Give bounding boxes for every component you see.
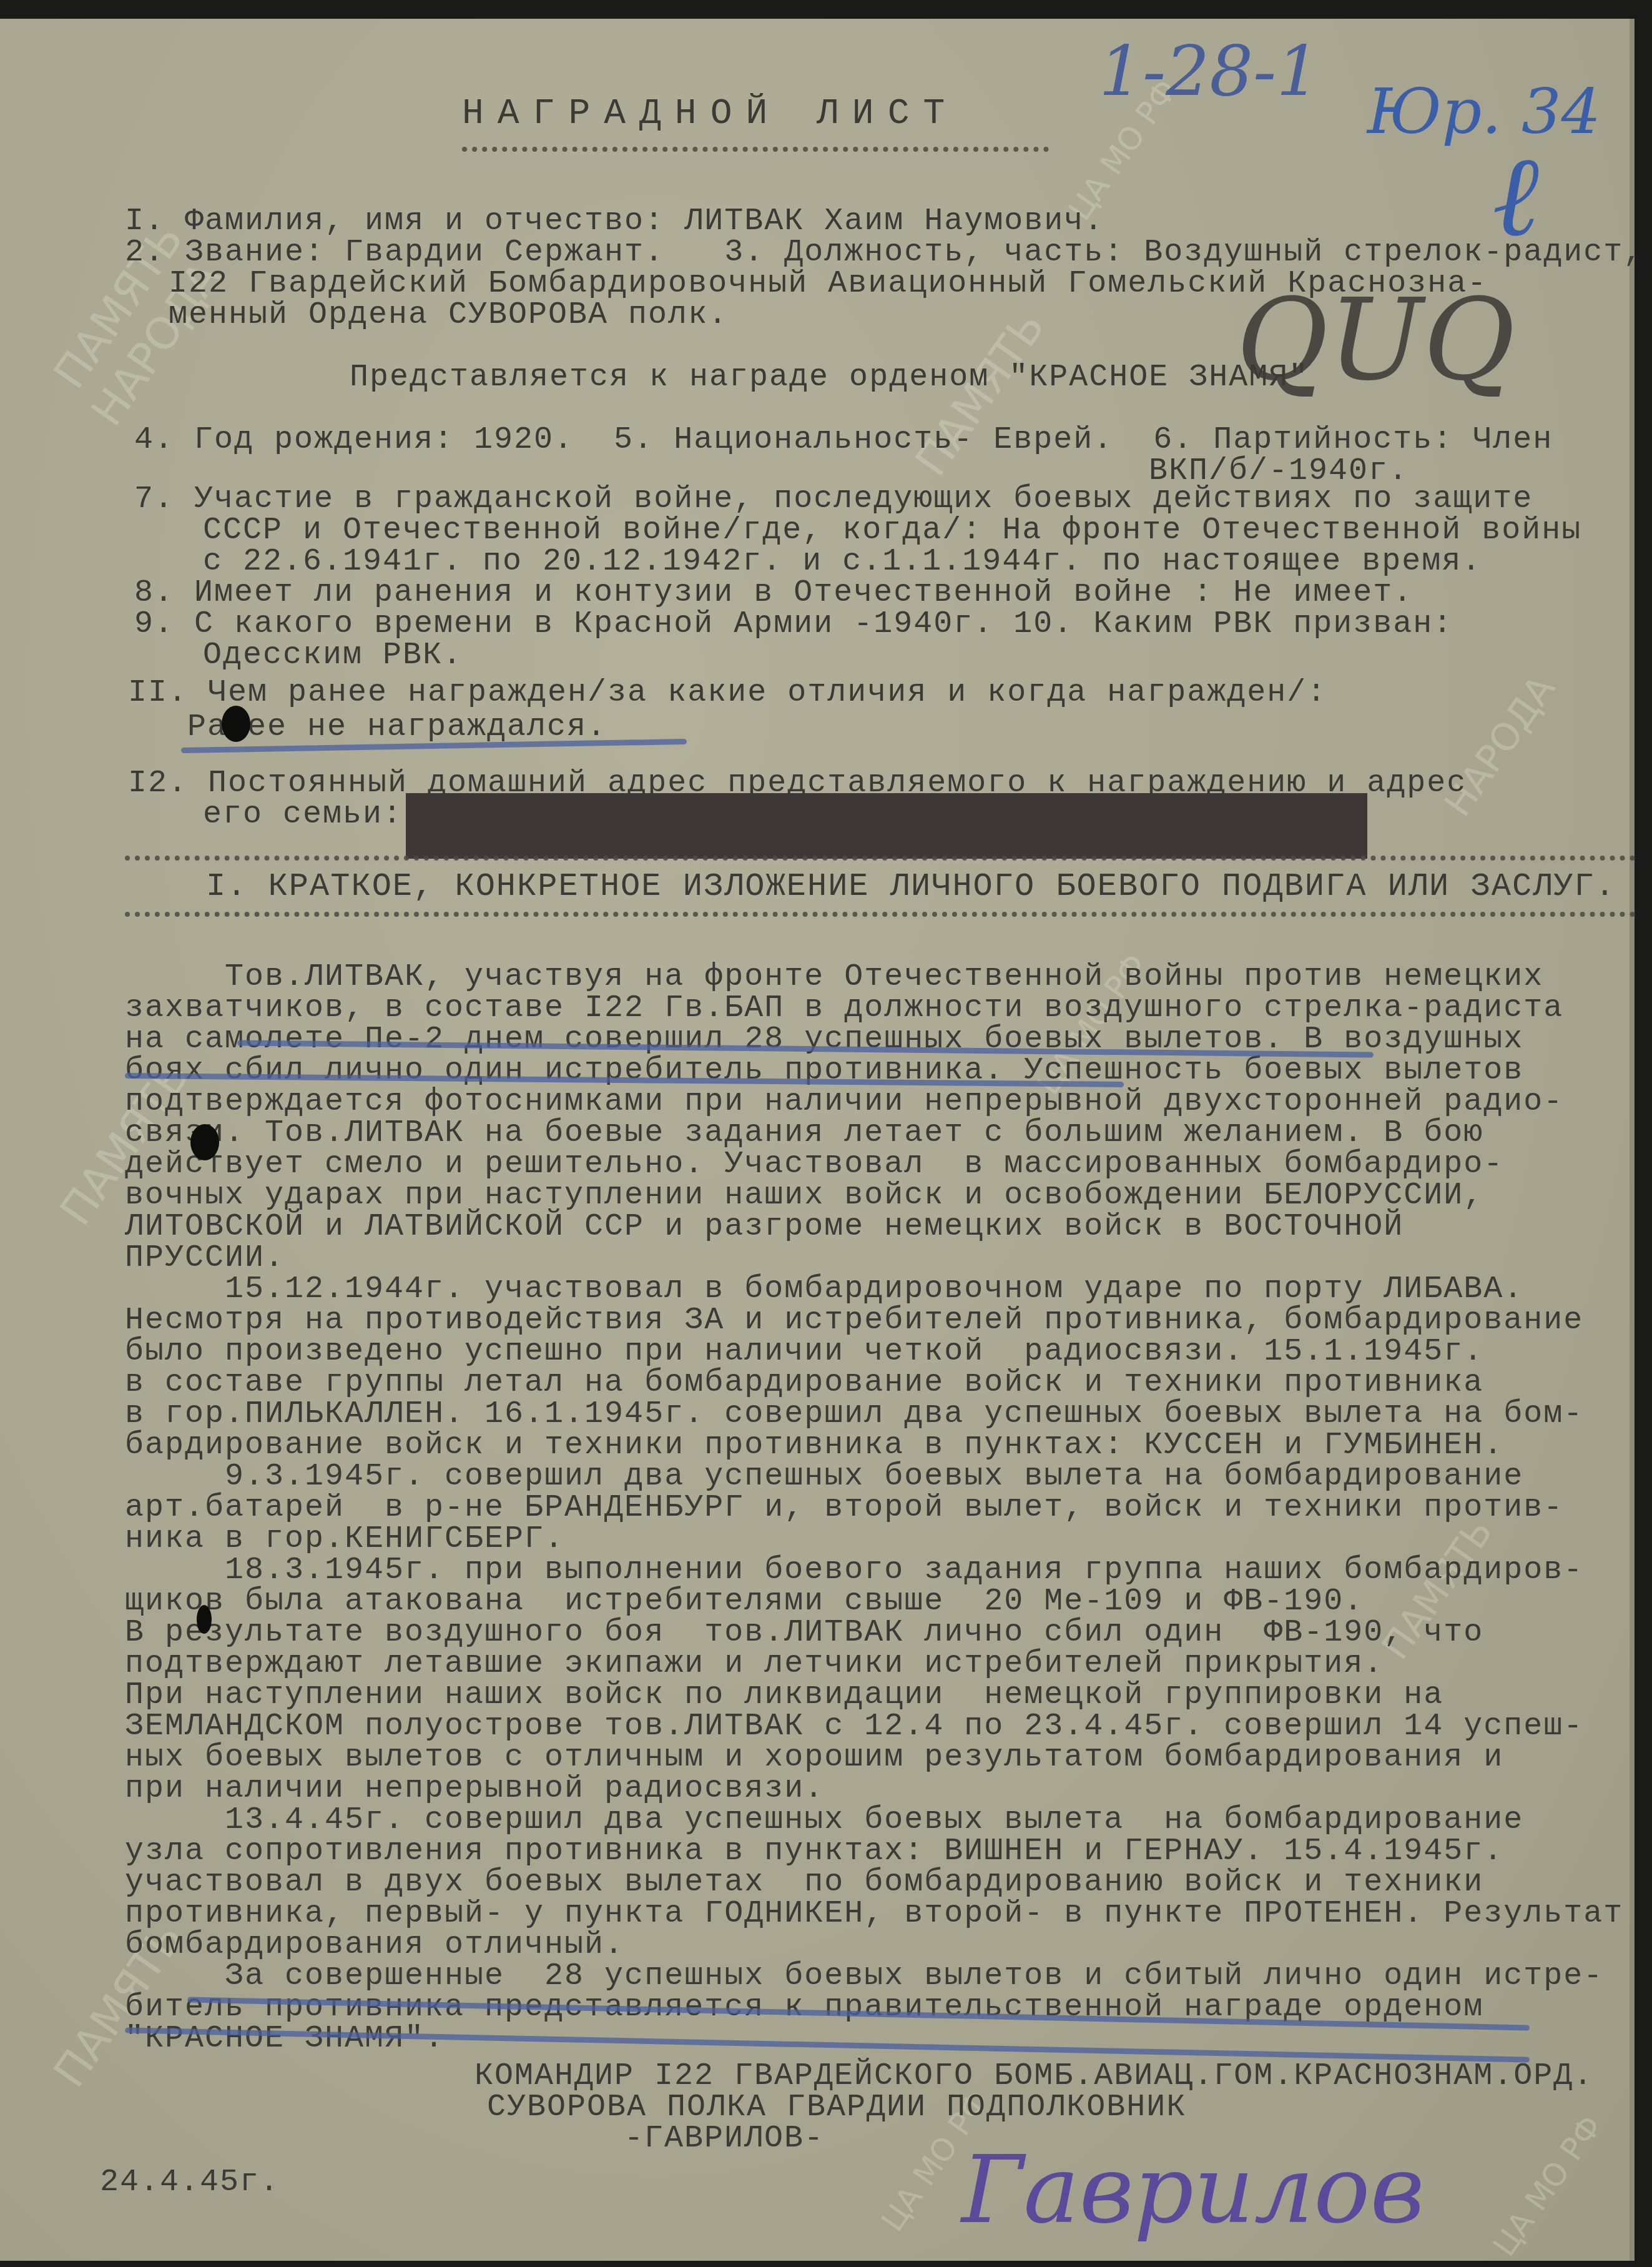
field-war-participation: 7. Участие в гражданской войне, последую… <box>134 484 1533 515</box>
narrative-line: щиков была атакована истребителями свыше… <box>125 1586 1623 1618</box>
narrative-line: в составе группы летал на бомбардировани… <box>125 1368 1623 1399</box>
top-right-annotation: Юр. 34 <box>1367 75 1601 148</box>
field-full-name: I. Фамилия, имя и отчество: ЛИТВАК Хаим … <box>125 206 1104 237</box>
narrative-line: действует смело и решительно. Участвовал… <box>125 1149 1623 1180</box>
watermark-camo: ЦА МО РФ <box>1486 2109 1609 2263</box>
field-war-dates: с 22.6.1941г. по 20.12.1942г. и с.1.1.19… <box>203 546 1482 578</box>
handwritten-signature: Гаврилов <box>961 2136 1425 2245</box>
section-divider <box>125 912 1636 922</box>
narrative-line: арт.батарей в р-не БРАНДЕНБУРГ и, второй… <box>125 1493 1623 1524</box>
narrative-line: бомбардирования отличный. <box>125 1930 1623 1961</box>
award-presented-line: Представляется к награде орденом "КРАСНО… <box>350 362 1309 393</box>
section-divider <box>125 856 1636 866</box>
field-army-since: 9. С какого времени в Красной Армии -194… <box>134 609 1453 640</box>
punch-hole <box>190 1124 219 1160</box>
field-birth-nationality-party: 4. Год рождения: 1920. 5. Национальность… <box>134 425 1553 456</box>
narrative-line: ных боевых вылетов с отличным и хорошим … <box>125 1742 1623 1774</box>
document-title: НАГРАДНОЙ ЛИСТ <box>462 94 958 134</box>
field-war-participation-cont: СССР и Отечественной войне/где, когда/: … <box>203 515 1581 546</box>
narrative-line: вочных ударах при наступлении наших войс… <box>125 1180 1623 1212</box>
narrative-line: В результате воздушного боя тов.ЛИТВАК л… <box>125 1618 1623 1649</box>
narrative-line: 15.12.1944г. участвовал в бомбардировочн… <box>125 1274 1623 1305</box>
commander-name: -ГАВРИЛОВ- <box>624 2123 824 2155</box>
punch-hole <box>222 706 250 742</box>
field-unit-cont: менный Ордена СУВОРОВА полк. <box>169 300 728 331</box>
field-previous-awards-value: Ранее не награждался. <box>187 712 607 743</box>
narrative-line: 9.3.1945г. совершил два успешных боевых … <box>125 1461 1623 1493</box>
field-draft-office: Одесским РВК. <box>203 640 463 671</box>
document-date: 24.4.45г. <box>100 2167 280 2198</box>
narrative-line: При наступлении наших войск по ликвидаци… <box>125 1680 1623 1711</box>
narrative-line: в гор.ПИЛЬКАЛЛЕН. 16.1.1945г. совершил д… <box>125 1399 1623 1430</box>
field-family-address-label: его семьи: <box>203 799 403 831</box>
narrative-line: узла сопротивления противника в пунктах:… <box>125 1836 1623 1867</box>
field-unit: I22 Гвардейский Бомбардировочный Авиацио… <box>169 269 1487 300</box>
redacted-address <box>406 793 1367 859</box>
field-wounds: 8. Имеет ли ранения и контузии в Отечест… <box>134 578 1413 609</box>
narrative-line: 13.4.45г. совершил два успешных боевых в… <box>125 1805 1623 1836</box>
narrative-line: Тов.ЛИТВАК, участвуя на фронте Отечестве… <box>125 962 1623 993</box>
commander-title-line1: КОМАНДИР I22 ГВАРДЕЙСКОГО БОМБ.АВИАЦ.ГОМ… <box>474 2061 1593 2092</box>
title-underline <box>462 147 1049 157</box>
section-heading: I. КРАТКОЕ, КОНКРЕТНОЕ ИЗЛОЖЕНИЕ ЛИЧНОГО… <box>206 871 1616 902</box>
commander-title-line2: СУВОРОВА ПОЛКА ГВАРДИИ ПОДПОЛКОВНИК <box>487 2092 1186 2123</box>
punch-hole <box>197 1605 212 1634</box>
narrative-text: Тов.ЛИТВАК, участвуя на фронте Отечестве… <box>125 962 1623 2055</box>
narrative-line: битель противника представляется к прави… <box>125 1992 1623 2023</box>
narrative-line: подтверждают летавшие экипажи и летчики … <box>125 1649 1623 1680</box>
narrative-line: Несмотря на противодействия ЗА и истреби… <box>125 1305 1623 1336</box>
narrative-line: при наличии непрерывной радиосвязи. <box>125 1774 1623 1805</box>
narrative-line: ПРУССИИ. <box>125 1243 1623 1274</box>
narrative-line: ЛИТОВСКОЙ и ЛАТВИЙСКОЙ ССР и разгроме не… <box>125 1212 1623 1243</box>
narrative-line: участвовал в двух боевых вылетах по бомб… <box>125 1867 1623 1899</box>
narrative-line: ЗЕМЛАНДСКОМ полуострове тов.ЛИТВАК с 12.… <box>125 1711 1623 1742</box>
narrative-line: ника в гор.КЕНИГСБЕРГ. <box>125 1524 1623 1555</box>
narrative-line: было произведено успешно при наличии чет… <box>125 1336 1623 1368</box>
archive-number-annotation: 1-28-1 <box>1099 31 1320 111</box>
narrative-line: За совершенные 28 успешных боевых вылето… <box>125 1961 1623 1992</box>
narrative-line: связи. Тов.ЛИТВАК на боевые задания лета… <box>125 1118 1623 1149</box>
narrative-line: подтверждается фотоснимками при наличии … <box>125 1087 1623 1118</box>
narrative-line: противника, первый- у пункта ГОДНИКЕН, в… <box>125 1899 1623 1930</box>
field-previous-awards: II. Чем ранее награжден/за какие отличия… <box>128 678 1327 709</box>
award-sheet-page: ЦА МО РФ ПАМЯТЬ НАРОДА ПАМЯТЬ НАРОДА ЦА … <box>0 19 1635 2261</box>
narrative-line: "КРАСНОЕ ЗНАМЯ". <box>125 2023 1623 2055</box>
field-rank-position: 2. Звание: Гвардии Сержант. 3. Должность… <box>125 237 1643 269</box>
narrative-line: захватчиков, в составе I22 Гв.БАП в долж… <box>125 993 1623 1024</box>
narrative-line: бардирование войск и техники противника … <box>125 1430 1623 1461</box>
narrative-line: 18.3.1945г. при выполнении боевого задан… <box>125 1555 1623 1586</box>
